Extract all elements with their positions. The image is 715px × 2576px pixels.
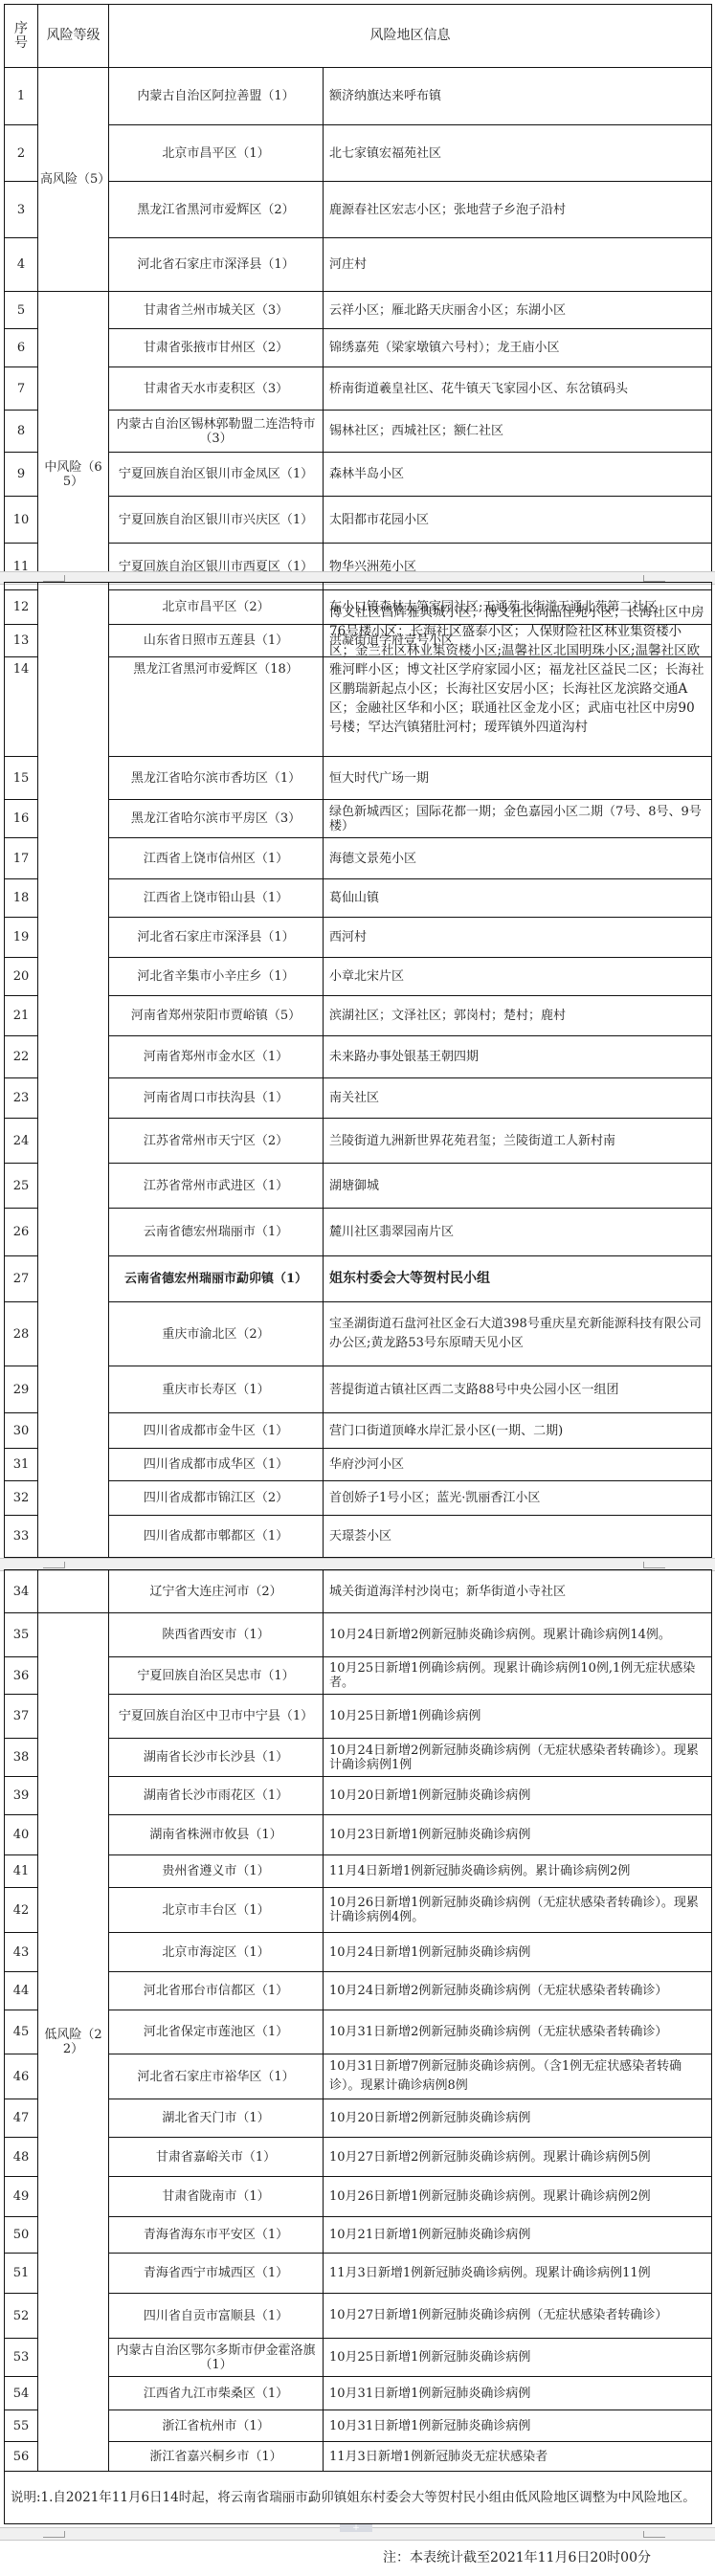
row-area: 重庆市长寿区（1） <box>109 1366 324 1413</box>
row-info: 滨湖社区；文泽社区；郭岗村；楚村；鹿村 <box>324 996 712 1036</box>
row-seq: 33 <box>5 1516 38 1558</box>
row-info: 博文社区昌辉雅典城小区；博文社区尚品佳苑小区；长海社区中房76号楼小区；长海社区… <box>324 583 712 757</box>
row-area: 宁夏回族自治区吴忠市（1） <box>109 1657 324 1695</box>
row-area: 河北省邢台市信都区（1） <box>109 1972 324 2010</box>
row-seq: 53 <box>5 2339 38 2377</box>
row-seq: 40 <box>5 1815 38 1855</box>
row-seq: 5 <box>5 292 38 329</box>
table-row: 1 高风险（5） 内蒙古自治区阿拉善盟（1） 额济纳旗达来呼布镇 <box>5 68 712 125</box>
row-seq: 28 <box>5 1302 38 1366</box>
row-info: 10月24日新增2例新冠肺炎确诊病例。现累计确诊病例14例。 <box>324 1613 712 1657</box>
row-seq: 18 <box>5 879 38 918</box>
table-row: 48 甘肃省嘉峪关市（1） 10月27日新增2例新冠肺炎确诊病例。现累计确诊病例… <box>5 2138 712 2177</box>
note-row: 说明:1.自2021年11月6日14时起，将云南省瑞丽市勐卯镇姐东村委会大等贺村… <box>5 2472 712 2524</box>
row-info: 11月3日新增1例新冠肺炎无症状感染者 <box>324 2442 712 2472</box>
row-area: 河南省郑州荥阳市贾峪镇（5） <box>109 996 324 1036</box>
table-row: 5 中风险（65） 甘肃省兰州市城关区（3） 云祥小区；雁北路天庆丽舍小区；东湖… <box>5 292 712 329</box>
row-area: 四川省成都市金牛区（1） <box>109 1413 324 1449</box>
row-area: 青海省西宁市城西区（1） <box>109 2254 324 2294</box>
risk-table-part-3: 34 辽宁省大连庄河市（2） 城关街道海洋村沙岗屯；新华街道小寺社区 35 低风… <box>4 1569 712 2524</box>
row-area: 黑龙江省哈尔滨市平房区（3） <box>109 800 324 838</box>
row-area: 江西省九江市柴桑区（1） <box>109 2377 324 2410</box>
row-area: 宁夏回族自治区银川市金凤区（1） <box>109 453 324 497</box>
row-seq: 20 <box>5 958 38 996</box>
table-row: 35 低风险（22） 陕西省西安市（1） 10月24日新增2例新冠肺炎确诊病例。… <box>5 1613 712 1657</box>
row-seq: 47 <box>5 2099 38 2138</box>
row-area: 北京市海淀区（1） <box>109 1933 324 1972</box>
table-row: 54 江西省九江市柴桑区（1） 10月31日新增1例新冠肺炎确诊病例 <box>5 2377 712 2410</box>
row-info: 10月24日新增2例新冠肺炎确诊病例（无症状感染者转确诊） <box>324 1972 712 2010</box>
row-seq: 4 <box>5 238 38 292</box>
table-row: 6 甘肃省张掖市甘州区（2） 锦绣嘉苑（梁家墩镇六号村）；龙王庙小区 <box>5 329 712 367</box>
row-seq: 16 <box>5 800 38 838</box>
row-seq: 56 <box>5 2442 38 2472</box>
table-page-1: 序号 风险等级 风险地区信息 1 高风险（5） 内蒙古自治区阿拉善盟（1） 额济… <box>4 4 711 657</box>
row-info: 10月20日新增2例新冠肺炎确诊病例 <box>324 2099 712 2138</box>
page-corner-mark <box>643 575 665 582</box>
row-area: 黑龙江省黑河市爱辉区（18） <box>109 583 324 757</box>
page-corner-mark <box>43 2531 65 2538</box>
row-seq: 23 <box>5 1078 38 1119</box>
table-row: 46 河北省石家庄市裕华区（1） 10月31日新增7例新冠肺炎确诊病例。（含1例… <box>5 2054 712 2099</box>
row-seq: 41 <box>5 1855 38 1888</box>
row-info: 营门口街道顶峰水岸汇景小区(一期、二期) <box>324 1413 712 1449</box>
row-seq: 22 <box>5 1036 38 1078</box>
row-info: 森林半岛小区 <box>324 453 712 497</box>
level-medium-continued <box>38 1570 109 1613</box>
row-info: 葛仙山镇 <box>324 879 712 918</box>
table-row: 53 内蒙古自治区鄂尔多斯市伊金霍洛旗（1） 10月25日新增1例新冠肺炎确诊病… <box>5 2339 712 2377</box>
table-row-highlighted: 27 云南省德宏州瑞丽市勐卯镇（1） 姐东村委会大等贺村民小组 <box>5 1256 712 1302</box>
table-row: 2 北京市昌平区（1） 北七家镇宏福苑社区 <box>5 125 712 182</box>
table-row: 28 重庆市渝北区（2） 宝圣湖街道石盘河社区金石大道398号重庆星充新能源科技… <box>5 1302 712 1366</box>
table-row: 33 四川省成都市郫都区（1） 天璟荟小区 <box>5 1516 712 1558</box>
row-area: 云南省德宏州瑞丽市（1） <box>109 1209 324 1256</box>
table-row: 9 宁夏回族自治区银川市金凤区（1） 森林半岛小区 <box>5 453 712 497</box>
row-seq: 35 <box>5 1613 38 1657</box>
row-info: 鹿源春社区宏志小区；张地营子乡泡子沿村 <box>324 182 712 238</box>
row-area: 浙江省杭州市（1） <box>109 2410 324 2442</box>
row-info: 桥南街道羲皇社区、花牛镇天飞家园小区、东岔镇码头 <box>324 367 712 411</box>
row-info: 10月21日新增1例新冠肺炎确诊病例 <box>324 2217 712 2254</box>
table-row: 39 湖南省长沙市雨花区（1） 10月20日新增1例新冠肺炎确诊病例 <box>5 1777 712 1815</box>
row-area: 四川省成都市锦江区（2） <box>109 1481 324 1516</box>
table-row: 43 北京市海淀区（1） 10月24日新增1例新冠肺炎确诊病例 <box>5 1933 712 1972</box>
row-info: 小章北宋片区 <box>324 958 712 996</box>
row-seq: 27 <box>5 1256 38 1302</box>
row-seq: 14 <box>5 583 38 757</box>
row-seq: 21 <box>5 996 38 1036</box>
table-header-row: 序号 风险等级 风险地区信息 <box>5 5 712 68</box>
table-row: 50 青海省海东市平安区（1） 10月21日新增1例新冠肺炎确诊病例 <box>5 2217 712 2254</box>
row-info: 10月25日新增1例确诊病例 <box>324 1695 712 1739</box>
row-seq: 32 <box>5 1481 38 1516</box>
table-row: 16 黑龙江省哈尔滨市平房区（3） 绿色新城西区；国际花都一期；金色嘉园小区二期… <box>5 800 712 838</box>
row-area: 四川省成都市郫都区（1） <box>109 1516 324 1558</box>
table-row: 18 江西省上饶市铅山县（1） 葛仙山镇 <box>5 879 712 918</box>
row-area: 内蒙古自治区阿拉善盟（1） <box>109 68 324 125</box>
row-info: 11月4日新增1例新冠肺炎确诊病例。累计确诊病例2例 <box>324 1855 712 1888</box>
row-area: 甘肃省天水市麦积区（3） <box>109 367 324 411</box>
page-corner-mark <box>43 575 65 582</box>
table-row: 25 江苏省常州市武进区（1） 湖塘御城 <box>5 1164 712 1209</box>
row-seq: 50 <box>5 2217 38 2254</box>
row-seq: 29 <box>5 1366 38 1413</box>
row-area: 湖北省天门市（1） <box>109 2099 324 2138</box>
row-area: 河北省石家庄市深泽县（1） <box>109 918 324 958</box>
row-info: 锦绣嘉苑（梁家墩镇六号村）；龙王庙小区 <box>324 329 712 367</box>
risk-table-part-2: 14 黑龙江省黑河市爱辉区（18） 博文社区昌辉雅典城小区；博文社区尚品佳苑小区… <box>4 582 712 1558</box>
table-row: 52 四川省自贡市富顺县（1） 10月27日新增1例新冠肺炎确诊病例（无症状感染… <box>5 2294 712 2339</box>
statistics-footnote: 注：本表统计截至2021年11月6日20时00分 <box>0 2547 651 2566</box>
row-area: 湖南省长沙市雨花区（1） <box>109 1777 324 1815</box>
row-seq: 54 <box>5 2377 38 2410</box>
row-info: 锡林社区；西城社区；额仁社区 <box>324 411 712 453</box>
row-seq: 17 <box>5 838 38 879</box>
row-info: 华府沙河小区 <box>324 1449 712 1481</box>
row-area: 湖南省长沙市长沙县（1） <box>109 1739 324 1777</box>
table-row: 23 河南省周口市扶沟县（1） 南关社区 <box>5 1078 712 1119</box>
table-page-2: 14 黑龙江省黑河市爱辉区（18） 博文社区昌辉雅典城小区；博文社区尚品佳苑小区… <box>4 582 711 1558</box>
row-seq: 45 <box>5 2010 38 2054</box>
level-low: 低风险（22） <box>38 1613 109 2472</box>
row-info: 西河村 <box>324 918 712 958</box>
row-seq: 15 <box>5 757 38 800</box>
row-area: 北京市丰台区（1） <box>109 1888 324 1933</box>
row-area: 江苏省常州市天宁区（2） <box>109 1119 324 1164</box>
row-seq: 36 <box>5 1657 38 1695</box>
row-seq: 30 <box>5 1413 38 1449</box>
row-info: 菩提街道古镇社区西二支路88号中央公园小区一组团 <box>324 1366 712 1413</box>
row-area: 湖南省株洲市攸县（1） <box>109 1815 324 1855</box>
row-info: 10月25日新增1例新冠肺炎确诊病例 <box>324 2339 712 2377</box>
row-area: 辽宁省大连庄河市（2） <box>109 1570 324 1613</box>
row-info: 天璟荟小区 <box>324 1516 712 1558</box>
row-seq: 46 <box>5 2054 38 2099</box>
row-info: 未来路办事处银基王朝四期 <box>324 1036 712 1078</box>
row-info: 10月24日新增2例新冠肺炎确诊病例（无症状感染者转确诊）。现累计确诊病例1例 <box>324 1739 712 1777</box>
row-area: 黑龙江省黑河市爱辉区（2） <box>109 182 324 238</box>
row-seq: 31 <box>5 1449 38 1481</box>
row-info: 10月27日新增2例新冠肺炎确诊病例。现累计确诊病例5例 <box>324 2138 712 2177</box>
table-row: 38 湖南省长沙市长沙县（1） 10月24日新增2例新冠肺炎确诊病例（无症状感染… <box>5 1739 712 1777</box>
row-info: 北七家镇宏福苑社区 <box>324 125 712 182</box>
row-area: 四川省自贡市富顺县（1） <box>109 2294 324 2339</box>
table-row: 51 青海省西宁市城西区（1） 11月3日新增1例新冠肺炎确诊病例。现累计确诊病… <box>5 2254 712 2294</box>
table-row: 29 重庆市长寿区（1） 菩提街道古镇社区西二支路88号中央公园小区一组团 <box>5 1366 712 1413</box>
table-row: 10 宁夏回族自治区银川市兴庆区（1） 太阳都市花园小区 <box>5 497 712 544</box>
row-info: 云祥小区；雁北路天庆丽舍小区；东湖小区 <box>324 292 712 329</box>
row-info: 10月23日新增1例新冠肺炎确诊病例 <box>324 1815 712 1855</box>
row-info: 10月26日新增1例新冠肺炎确诊病例。现累计确诊病例2例 <box>324 2177 712 2217</box>
row-info: 姐东村委会大等贺村民小组 <box>324 1256 712 1302</box>
table-row: 37 宁夏回族自治区中卫市中宁县（1） 10月25日新增1例确诊病例 <box>5 1695 712 1739</box>
plus-icon[interactable]: + <box>340 2524 372 2532</box>
table-row: 56 浙江省嘉兴桐乡市（1） 11月3日新增1例新冠肺炎无症状感染者 <box>5 2442 712 2472</box>
row-area: 重庆市渝北区（2） <box>109 1302 324 1366</box>
row-info: 10月27日新增1例新冠肺炎确诊病例（无症状感染者转确诊） <box>324 2294 712 2339</box>
header-seq: 序号 <box>5 5 38 68</box>
table-row: 36 宁夏回族自治区吴忠市（1） 10月25日新增1例确诊病例。现累计确诊病例1… <box>5 1657 712 1695</box>
page-corner-mark <box>643 2531 665 2538</box>
row-seq: 43 <box>5 1933 38 1972</box>
row-area: 甘肃省张掖市甘州区（2） <box>109 329 324 367</box>
row-seq: 37 <box>5 1695 38 1739</box>
header-info: 风险地区信息 <box>109 5 712 68</box>
row-area: 甘肃省兰州市城关区（3） <box>109 292 324 329</box>
page-corner-mark <box>643 1562 665 1568</box>
row-info: 10月31日新增1例新冠肺炎确诊病例 <box>324 2377 712 2410</box>
table-page-3: 34 辽宁省大连庄河市（2） 城关街道海洋村沙岗屯；新华街道小寺社区 35 低风… <box>4 1569 711 2524</box>
row-info: 额济纳旗达来呼布镇 <box>324 68 712 125</box>
table-row: 14 黑龙江省黑河市爱辉区（18） 博文社区昌辉雅典城小区；博文社区尚品佳苑小区… <box>5 583 712 757</box>
table-row: 55 浙江省杭州市（1） 10月31日新增1例新冠肺炎确诊病例 <box>5 2410 712 2442</box>
row-seq: 8 <box>5 411 38 453</box>
row-seq: 42 <box>5 1888 38 1933</box>
row-info: 10月31日新增7例新冠肺炎确诊病例。（含1例无症状感染者转确诊）。现累计确诊病… <box>324 2054 712 2099</box>
row-seq: 51 <box>5 2254 38 2294</box>
row-area: 北京市昌平区（1） <box>109 125 324 182</box>
table-row: 7 甘肃省天水市麦积区（3） 桥南街道羲皇社区、花牛镇天飞家园小区、东岔镇码头 <box>5 367 712 411</box>
table-row: 20 河北省辛集市小辛庄乡（1） 小章北宋片区 <box>5 958 712 996</box>
row-info: 南关社区 <box>324 1078 712 1119</box>
row-seq: 34 <box>5 1570 38 1613</box>
row-info: 11月3日新增1例新冠肺炎确诊病例。现累计确诊病例11例 <box>324 2254 712 2294</box>
row-info: 10月24日新增1例新冠肺炎确诊病例 <box>324 1933 712 1972</box>
table-row: 8 内蒙古自治区锡林郭勒盟二连浩特市（3） 锡林社区；西城社区；额仁社区 <box>5 411 712 453</box>
row-seq: 3 <box>5 182 38 238</box>
table-row: 21 河南省郑州荥阳市贾峪镇（5） 滨湖社区；文泽社区；郭岗村；楚村；鹿村 <box>5 996 712 1036</box>
row-info: 绿色新城西区；国际花都一期；金色嘉园小区二期（7号、8号、9号楼） <box>324 800 712 838</box>
row-seq: 9 <box>5 453 38 497</box>
row-seq: 24 <box>5 1119 38 1164</box>
row-area: 河北省保定市莲池区（1） <box>109 2010 324 2054</box>
table-row: 31 四川省成都市成华区（1） 华府沙河小区 <box>5 1449 712 1481</box>
row-info: 兰陵街道九洲新世界花苑君玺；兰陵街道工人新村南 <box>324 1119 712 1164</box>
row-info: 麓川社区翡翠园南片区 <box>324 1209 712 1256</box>
table-row: 49 甘肃省陇南市（1） 10月26日新增1例新冠肺炎确诊病例。现累计确诊病例2… <box>5 2177 712 2217</box>
table-row: 4 河北省石家庄市深泽县（1） 河庄村 <box>5 238 712 292</box>
row-info: 太阳都市花园小区 <box>324 497 712 544</box>
row-area: 宁夏回族自治区中卫市中宁县（1） <box>109 1695 324 1739</box>
row-seq: 44 <box>5 1972 38 2010</box>
row-area: 内蒙古自治区锡林郭勒盟二连浩特市（3） <box>109 411 324 453</box>
row-info: 恒大时代广场一期 <box>324 757 712 800</box>
row-seq: 1 <box>5 68 38 125</box>
row-area: 江苏省常州市武进区（1） <box>109 1164 324 1209</box>
table-row: 42 北京市丰台区（1） 10月26日新增1例新冠肺炎确诊病例（无症状感染者转确… <box>5 1888 712 1933</box>
row-info: 宝圣湖街道石盘河社区金石大道398号重庆星充新能源科技有限公司办公区;黄龙路53… <box>324 1302 712 1366</box>
page-corner-mark <box>43 1562 65 1568</box>
row-area: 黑龙江省哈尔滨市香坊区（1） <box>109 757 324 800</box>
row-area: 浙江省嘉兴桐乡市（1） <box>109 2442 324 2472</box>
table-row: 47 湖北省天门市（1） 10月20日新增2例新冠肺炎确诊病例 <box>5 2099 712 2138</box>
row-seq: 48 <box>5 2138 38 2177</box>
row-seq: 7 <box>5 367 38 411</box>
row-seq: 26 <box>5 1209 38 1256</box>
table-row: 3 黑龙江省黑河市爱辉区（2） 鹿源春社区宏志小区；张地营子乡泡子沿村 <box>5 182 712 238</box>
row-area: 河南省周口市扶沟县（1） <box>109 1078 324 1119</box>
row-area: 河北省石家庄市深泽县（1） <box>109 238 324 292</box>
row-seq: 25 <box>5 1164 38 1209</box>
table-row: 26 云南省德宏州瑞丽市（1） 麓川社区翡翠园南片区 <box>5 1209 712 1256</box>
table-note: 说明:1.自2021年11月6日14时起，将云南省瑞丽市勐卯镇姐东村委会大等贺村… <box>5 2472 712 2524</box>
row-area: 甘肃省陇南市（1） <box>109 2177 324 2217</box>
row-info: 10月31日新增2例新冠肺炎确诊病例（无症状感染者转确诊） <box>324 2010 712 2054</box>
level-medium-continued <box>38 583 109 1558</box>
row-area: 内蒙古自治区鄂尔多斯市伊金霍洛旗（1） <box>109 2339 324 2377</box>
row-info: 湖塘御城 <box>324 1164 712 1209</box>
table-row: 45 河北省保定市莲池区（1） 10月31日新增2例新冠肺炎确诊病例（无症状感染… <box>5 2010 712 2054</box>
row-seq: 39 <box>5 1777 38 1815</box>
level-high: 高风险（5） <box>38 68 109 292</box>
table-row: 24 江苏省常州市天宁区（2） 兰陵街道九洲新世界花苑君玺；兰陵街道工人新村南 <box>5 1119 712 1164</box>
row-info: 10月26日新增1例新冠肺炎确诊病例（无症状感染者转确诊）。现累计确诊病例4例。 <box>324 1888 712 1933</box>
row-area: 甘肃省嘉峪关市（1） <box>109 2138 324 2177</box>
row-seq: 10 <box>5 497 38 544</box>
table-row: 40 湖南省株洲市攸县（1） 10月23日新增1例新冠肺炎确诊病例 <box>5 1815 712 1855</box>
row-seq: 55 <box>5 2410 38 2442</box>
row-area: 江西省上饶市信州区（1） <box>109 838 324 879</box>
header-level: 风险等级 <box>38 5 109 68</box>
row-area: 四川省成都市成华区（1） <box>109 1449 324 1481</box>
table-row: 15 黑龙江省哈尔滨市香坊区（1） 恒大时代广场一期 <box>5 757 712 800</box>
row-area: 河北省石家庄市裕华区（1） <box>109 2054 324 2099</box>
row-seq: 6 <box>5 329 38 367</box>
row-seq: 49 <box>5 2177 38 2217</box>
row-info: 10月20日新增1例新冠肺炎确诊病例 <box>324 1777 712 1815</box>
row-seq: 19 <box>5 918 38 958</box>
row-seq: 38 <box>5 1739 38 1777</box>
row-area: 贵州省遵义市（1） <box>109 1855 324 1888</box>
table-row: 19 河北省石家庄市深泽县（1） 西河村 <box>5 918 712 958</box>
row-area: 青海省海东市平安区（1） <box>109 2217 324 2254</box>
table-row: 17 江西省上饶市信州区（1） 海德文景苑小区 <box>5 838 712 879</box>
row-area: 云南省德宏州瑞丽市勐卯镇（1） <box>109 1256 324 1302</box>
row-area: 江西省上饶市铅山县（1） <box>109 879 324 918</box>
row-info: 河庄村 <box>324 238 712 292</box>
table-row: 34 辽宁省大连庄河市（2） 城关街道海洋村沙岗屯；新华街道小寺社区 <box>5 1570 712 1613</box>
table-row: 22 河南省郑州市金水区（1） 未来路办事处银基王朝四期 <box>5 1036 712 1078</box>
row-area: 陕西省西安市（1） <box>109 1613 324 1657</box>
table-row: 44 河北省邢台市信都区（1） 10月24日新增2例新冠肺炎确诊病例（无症状感染… <box>5 1972 712 2010</box>
table-row: 32 四川省成都市锦江区（2） 首创娇子1号小区；蓝光·凯丽香江小区 <box>5 1481 712 1516</box>
row-area: 河北省辛集市小辛庄乡（1） <box>109 958 324 996</box>
row-seq: 52 <box>5 2294 38 2339</box>
row-info: 10月31日新增1例新冠肺炎确诊病例 <box>324 2410 712 2442</box>
row-area: 河南省郑州市金水区（1） <box>109 1036 324 1078</box>
table-row: 30 四川省成都市金牛区（1） 营门口街道顶峰水岸汇景小区(一期、二期) <box>5 1413 712 1449</box>
risk-table-part-1: 序号 风险等级 风险地区信息 1 高风险（5） 内蒙古自治区阿拉善盟（1） 额济… <box>4 4 712 657</box>
row-area: 宁夏回族自治区银川市兴庆区（1） <box>109 497 324 544</box>
row-info: 首创娇子1号小区；蓝光·凯丽香江小区 <box>324 1481 712 1516</box>
row-info: 10月25日新增1例确诊病例。现累计确诊病例10例,1例无症状感染者。 <box>324 1657 712 1695</box>
table-row: 41 贵州省遵义市（1） 11月4日新增1例新冠肺炎确诊病例。累计确诊病例2例 <box>5 1855 712 1888</box>
row-info: 城关街道海洋村沙岗屯；新华街道小寺社区 <box>324 1570 712 1613</box>
row-info: 海德文景苑小区 <box>324 838 712 879</box>
row-seq: 2 <box>5 125 38 182</box>
